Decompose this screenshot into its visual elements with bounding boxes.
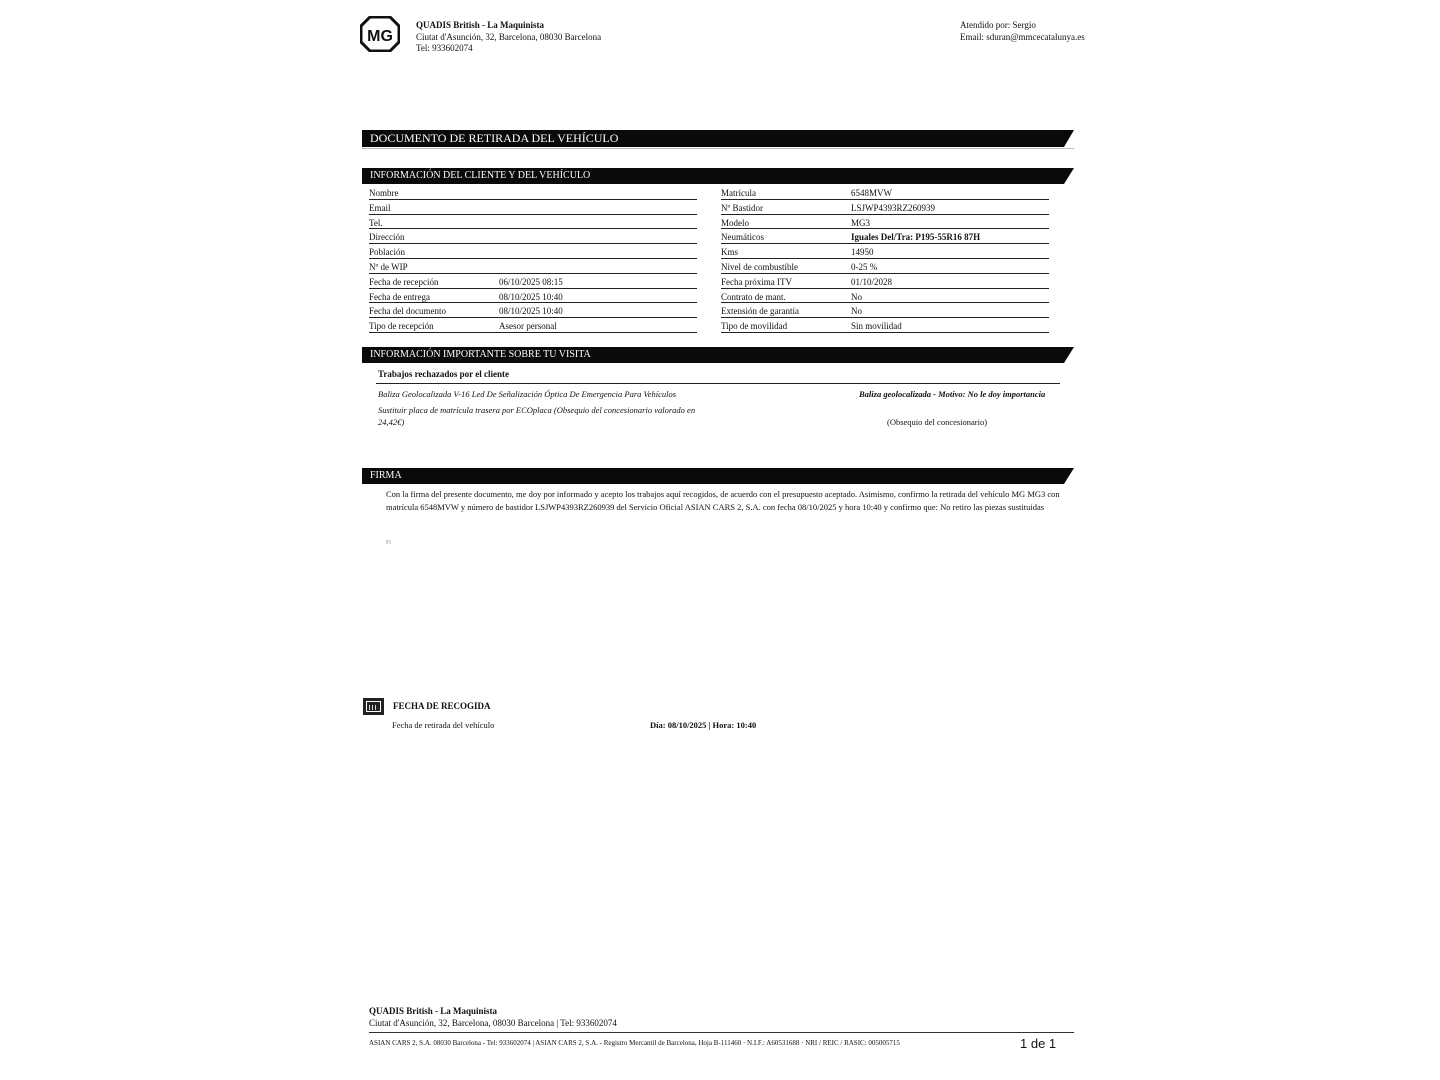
info-row: Fecha próxima ITV01/10/2028: [721, 274, 1049, 289]
info-value: 08/10/2025 10:40: [499, 304, 563, 318]
info-value: No: [851, 304, 862, 318]
attended-info: Atendido por: Sergio Email: sduran@mmcec…: [960, 20, 1085, 43]
info-label: Matrícula: [721, 186, 756, 200]
rejected-works-title: Trabajos rechazados por el cliente: [378, 369, 509, 379]
info-label: Modelo: [721, 216, 749, 230]
info-value: 14950: [851, 245, 874, 259]
info-row: Dirección: [369, 229, 697, 244]
info-label: Nombre: [369, 186, 399, 200]
info-label: Nivel de combustible: [721, 260, 798, 274]
rejected-item-note: (Obsequio del concesionario): [887, 416, 987, 428]
footer-divider: [369, 1032, 1074, 1033]
info-value: 08/10/2025 10:40: [499, 290, 563, 304]
footer-company-name: QUADIS British - La Maquinista: [369, 1006, 497, 1016]
info-row: Contrato de mant.No: [721, 289, 1049, 304]
info-value: LSJWP4393RZ260939: [851, 201, 935, 215]
info-label: Fecha del documento: [369, 304, 446, 318]
info-row: Kms14950: [721, 244, 1049, 259]
info-value: 06/10/2025 08:15: [499, 275, 563, 289]
info-row: Nº de WIP: [369, 259, 697, 274]
info-label: Tel.: [369, 216, 383, 230]
company-tel: Tel: 933602074: [416, 43, 601, 55]
info-row: Fecha del documento08/10/2025 10:40: [369, 303, 697, 318]
info-label: Contrato de mant.: [721, 290, 786, 304]
info-value: No: [851, 290, 862, 304]
info-row: Extensión de garantíaNo: [721, 303, 1049, 318]
company-info: QUADIS British - La Maquinista Ciutat d'…: [416, 20, 601, 55]
info-value: 01/10/2028: [851, 275, 892, 289]
divider: [362, 148, 1074, 149]
client-info-column: NombreEmailTel.DirecciónPoblaciónNº de W…: [369, 185, 697, 333]
client-section-title: INFORMACIÓN DEL CLIENTE Y DEL VEHÍCULO: [362, 168, 1074, 184]
info-row: Tipo de movilidadSin movilidad: [721, 318, 1049, 333]
info-label: Población: [369, 245, 405, 259]
visit-section-title: INFORMACIÓN IMPORTANTE SOBRE TU VISITA: [362, 347, 1074, 363]
info-row: Tipo de recepciónAsesor personal: [369, 318, 697, 333]
signature-statement: Con la firma del presente documento, me …: [386, 488, 1076, 513]
info-label: Tipo de recepción: [369, 319, 434, 333]
attended-by: Atendido por: Sergio: [960, 20, 1085, 32]
info-label: Nº Bastidor: [721, 201, 763, 215]
info-value: 6548MVW: [851, 186, 892, 200]
info-row: Nombre: [369, 185, 697, 200]
rejected-item-description: Sustituir placa de matrícula trasera por…: [378, 404, 718, 428]
document-title: DOCUMENTO DE RETIRADA DEL VEHÍCULO: [362, 130, 1074, 147]
vehicle-info-column: Matrícula6548MVWNº BastidorLSJWP4393RZ26…: [721, 185, 1049, 333]
pickup-label: Fecha de retirada del vehículo: [392, 720, 494, 730]
calendar-icon: [363, 698, 384, 715]
info-row: Tel.: [369, 215, 697, 230]
info-value: 0-25 %: [851, 260, 877, 274]
info-label: Fecha próxima ITV: [721, 275, 792, 289]
info-row: Email: [369, 200, 697, 215]
page-indicator: 1 de 1: [1020, 1036, 1056, 1051]
mg-logo-icon: MG: [360, 16, 400, 52]
info-row: Nº BastidorLSJWP4393RZ260939: [721, 200, 1049, 215]
info-label: Extensión de garantía: [721, 304, 799, 318]
info-row: Población: [369, 244, 697, 259]
signature-area: [380, 545, 520, 610]
info-row: Fecha de recepción06/10/2025 08:15: [369, 274, 697, 289]
info-row: Nivel de combustible0-25 %: [721, 259, 1049, 274]
pickup-section-title: FECHA DE RECOGIDA: [393, 701, 491, 711]
info-label: Nº de WIP: [369, 260, 408, 274]
info-label: Tipo de movilidad: [721, 319, 787, 333]
info-label: Kms: [721, 245, 738, 259]
info-value: Iguales Del/Tra: P195-55R16 87H: [851, 230, 980, 244]
footer-address: Ciutat d'Asunción, 32, Barcelona, 08030 …: [369, 1018, 617, 1028]
footer-legal: ASIAN CARS 2, S.A. 08030 Barcelona - Tel…: [369, 1039, 900, 1047]
info-label: Dirección: [369, 230, 404, 244]
signature-section-title: FIRMA: [362, 468, 1074, 484]
info-row: Fecha de entrega08/10/2025 10:40: [369, 289, 697, 304]
info-value: Asesor personal: [499, 319, 557, 333]
divider: [376, 383, 1060, 384]
info-label: Neumáticos: [721, 230, 764, 244]
info-value: Sin movilidad: [851, 319, 902, 333]
info-label: Fecha de entrega: [369, 290, 430, 304]
company-address: Ciutat d'Asunción, 32, Barcelona, 08030 …: [416, 32, 601, 44]
info-row: Matrícula6548MVW: [721, 185, 1049, 200]
rejected-item-description: Baliza Geolocalizada V-16 Led De Señaliz…: [378, 388, 718, 400]
svg-text:MG: MG: [367, 28, 393, 45]
info-value: MG3: [851, 216, 870, 230]
pickup-value: Día: 08/10/2025 | Hora: 10:40: [650, 720, 756, 730]
info-label: Fecha de recepción: [369, 275, 438, 289]
attended-email: Email: sduran@mmcecatalunya.es: [960, 32, 1085, 44]
info-row: ModeloMG3: [721, 215, 1049, 230]
company-name: QUADIS British - La Maquinista: [416, 20, 601, 32]
rejected-item-note: Baliza geolocalizada - Motivo: No le doy…: [859, 388, 1045, 400]
info-row: NeumáticosIguales Del/Tra: P195-55R16 87…: [721, 229, 1049, 244]
info-label: Email: [369, 201, 391, 215]
